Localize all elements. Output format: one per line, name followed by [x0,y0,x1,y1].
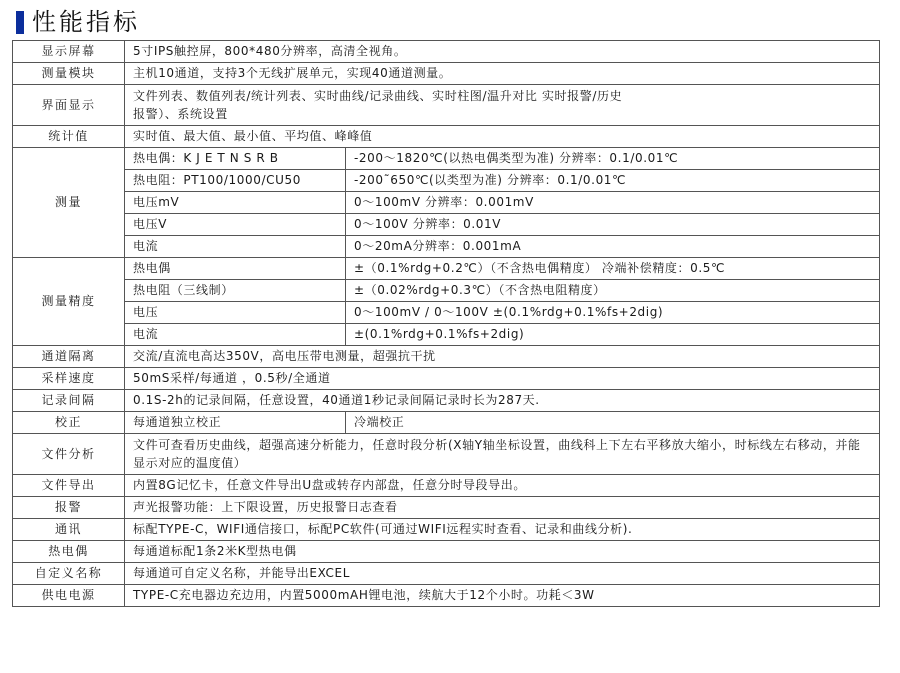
spec-value: 每通道标配1条2米K型热电偶 [125,541,880,563]
accuracy-type: 电压 [125,302,346,324]
table-row: 界面显示 文件列表、数值列表/统计列表、实时曲线/记录曲线、实时柱图/温升对比 … [13,85,880,126]
measure-range: -200˜650℃(以类型为准) 分辨率：0.1/0.01℃ [346,170,880,192]
table-row: 电压V 0～100V 分辨率：0.01V [13,214,880,236]
spec-value-text: 文件列表、数值列表/统计列表、实时曲线/记录曲线、实时柱图/温升对比 实时报警/… [133,87,633,123]
spec-value: 0.1S-2h的记录间隔，任意设置，40通道1秒记录间隔记录时长为287天. [125,390,880,412]
spec-label: 热电偶 [13,541,125,563]
table-row: 电流 ±(0.1%rdg+0.1%fs+2dig) [13,324,880,346]
title-accent-bar [16,11,24,34]
table-row: 供电电源 TYPE-C充电器边充边用，内置5000mAH锂电池，续航大于12个小… [13,585,880,607]
page-title: 性能指标 [32,6,140,38]
spec-table: 显示屏幕 5寸IPS触控屏，800*480分辨率，高清全视角。 测量模块 主机1… [12,40,880,607]
table-row: 通道隔离 交流/直流电高达350V，高电压带电测量，超强抗干扰 [13,346,880,368]
spec-label: 采样速度 [13,368,125,390]
accuracy-value: ±（0.02%rdg+0.3℃）（不含热电阻精度） [346,280,880,302]
table-row: 记录间隔 0.1S-2h的记录间隔，任意设置，40通道1秒记录间隔记录时长为28… [13,390,880,412]
spec-label: 显示屏幕 [13,41,125,63]
spec-label: 供电电源 [13,585,125,607]
table-row: 文件分析 文件可查看历史曲线，超强高速分析能力，任意时段分析(X轴Y轴坐标设置，… [13,434,880,475]
spec-value: 声光报警功能：上下限设置，历史报警日志查看 [125,497,880,519]
accuracy-type: 热电偶 [125,258,346,280]
spec-value: 实时值、最大值、最小值、平均值、峰峰值 [125,126,880,148]
table-row: 热电阻（三线制） ±（0.02%rdg+0.3℃）（不含热电阻精度） [13,280,880,302]
table-row: 报警 声光报警功能：上下限设置，历史报警日志查看 [13,497,880,519]
calibration-left: 每通道独立校正 [125,412,346,434]
spec-value: TYPE-C充电器边充边用，内置5000mAH锂电池，续航大于12个小时。功耗＜… [125,585,880,607]
spec-label: 通讯 [13,519,125,541]
table-row: 文件导出 内置8G记忆卡，任意文件导出U盘或转存内部盘，任意分时导段导出。 [13,475,880,497]
spec-label: 记录间隔 [13,390,125,412]
spec-value: 主机10通道，支持3个无线扩展单元，实现40通道测量。 [125,63,880,85]
spec-label: 文件导出 [13,475,125,497]
measure-range: 0～100mV 分辨率：0.001mV [346,192,880,214]
spec-label: 测量精度 [13,258,125,346]
measure-type: 热电偶：K J E T N S R B [125,148,346,170]
table-row: 统计值 实时值、最大值、最小值、平均值、峰峰值 [13,126,880,148]
accuracy-value: 0～100mV / 0～100V ±(0.1%rdg+0.1%fs+2dig) [346,302,880,324]
table-row: 通讯 标配TYPE-C，WIFI通信接口，标配PC软件(可通过WIFI远程实时查… [13,519,880,541]
spec-label: 文件分析 [13,434,125,475]
spec-label: 报警 [13,497,125,519]
calibration-right: 冷端校正 [346,412,880,434]
table-row: 热电偶 每通道标配1条2米K型热电偶 [13,541,880,563]
table-row: 电压 0～100mV / 0～100V ±(0.1%rdg+0.1%fs+2di… [13,302,880,324]
measure-type: 电压V [125,214,346,236]
spec-value: 交流/直流电高达350V，高电压带电测量，超强抗干扰 [125,346,880,368]
spec-label: 测量模块 [13,63,125,85]
spec-label: 通道隔离 [13,346,125,368]
spec-value: 标配TYPE-C，WIFI通信接口，标配PC软件(可通过WIFI远程实时查看、记… [125,519,880,541]
table-row: 校正 每通道独立校正 冷端校正 [13,412,880,434]
measure-range: -200～1820℃(以热电偶类型为准) 分辨率：0.1/0.01℃ [346,148,880,170]
spec-value: 5寸IPS触控屏，800*480分辨率，高清全视角。 [125,41,880,63]
spec-label: 测量 [13,148,125,258]
table-row: 自定义名称 每通道可自定义名称，并能导出EXCEL [13,563,880,585]
spec-value: 每通道可自定义名称，并能导出EXCEL [125,563,880,585]
table-row: 采样速度 50mS采样/每通道 ，0.5秒/全通道 [13,368,880,390]
table-row: 测量模块 主机10通道，支持3个无线扩展单元，实现40通道测量。 [13,63,880,85]
table-row: 电压mV 0～100mV 分辨率：0.001mV [13,192,880,214]
accuracy-type: 热电阻（三线制） [125,280,346,302]
measure-type: 电压mV [125,192,346,214]
table-row: 测量 热电偶：K J E T N S R B -200～1820℃(以热电偶类型… [13,148,880,170]
spec-value: 文件可查看历史曲线，超强高速分析能力，任意时段分析(X轴Y轴坐标设置，曲线科上下… [125,434,880,475]
measure-range: 0～20mA分辨率：0.001mA [346,236,880,258]
spec-label: 界面显示 [13,85,125,126]
accuracy-value: ±(0.1%rdg+0.1%fs+2dig) [346,324,880,346]
measure-type: 热电阻：PT100/1000/CU50 [125,170,346,192]
spec-value: 文件列表、数值列表/统计列表、实时曲线/记录曲线、实时柱图/温升对比 实时报警/… [125,85,880,126]
spec-value: 50mS采样/每通道 ，0.5秒/全通道 [125,368,880,390]
spec-label: 校正 [13,412,125,434]
measure-range: 0～100V 分辨率：0.01V [346,214,880,236]
table-row: 测量精度 热电偶 ±（0.1%rdg+0.2℃）（不含热电偶精度） 冷端补偿精度… [13,258,880,280]
table-row: 热电阻：PT100/1000/CU50 -200˜650℃(以类型为准) 分辨率… [13,170,880,192]
table-row: 显示屏幕 5寸IPS触控屏，800*480分辨率，高清全视角。 [13,41,880,63]
accuracy-value: ±（0.1%rdg+0.2℃）（不含热电偶精度） 冷端补偿精度：0.5℃ [346,258,880,280]
measure-type: 电流 [125,236,346,258]
spec-label: 统计值 [13,126,125,148]
section-title: 性能指标 [16,6,140,38]
spec-label: 自定义名称 [13,563,125,585]
table-row: 电流 0～20mA分辨率：0.001mA [13,236,880,258]
accuracy-type: 电流 [125,324,346,346]
spec-value: 内置8G记忆卡，任意文件导出U盘或转存内部盘，任意分时导段导出。 [125,475,880,497]
